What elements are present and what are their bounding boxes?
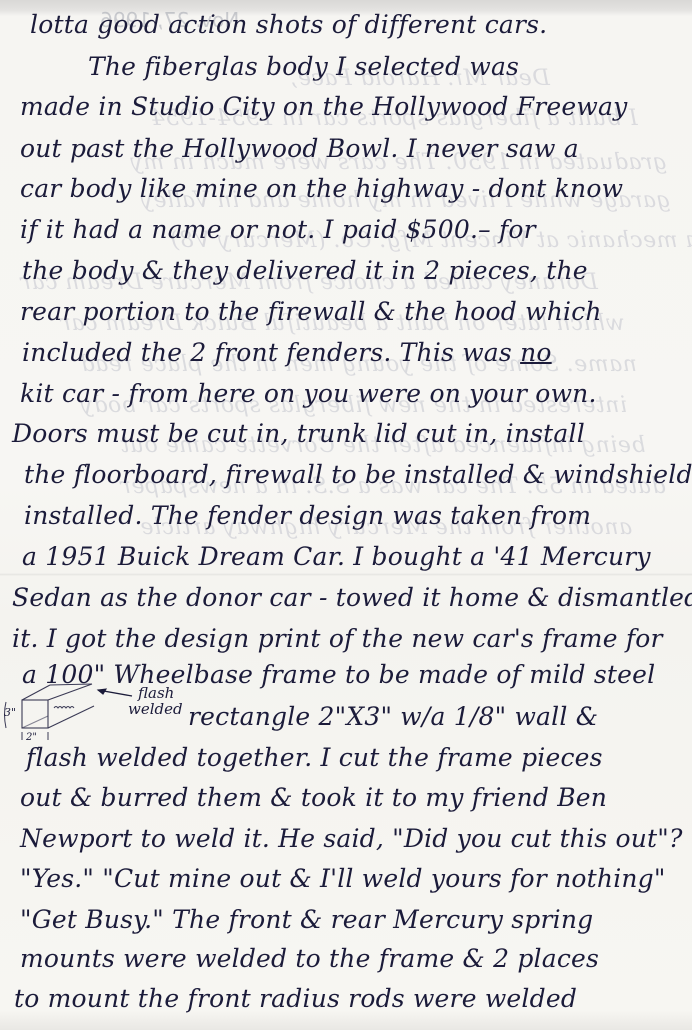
text-line-4: out past the Hollywood Bowl. I never saw… [20, 134, 579, 164]
text-line-10: kit car - from here on you were on your … [20, 379, 597, 409]
text-line-12: the floorboard, firewall to be installed… [24, 460, 692, 490]
text-line-18: rectangle 2"X3" w/a 1/8" wall & [188, 702, 598, 732]
text-line-2: The fiberglas body I selected was [88, 52, 519, 82]
text-line-21: Newport to weld it. He said, "Did you cu… [20, 824, 683, 854]
letter-page: Nov. 27, 1996 Dear Mr. Harold Pace, I bu… [0, 0, 692, 1030]
text-line-9: included the 2 front fenders. This was n… [22, 338, 552, 368]
sketch-dim-height: 3" [4, 706, 16, 719]
text-line-25: to mount the front radius rods were weld… [14, 984, 577, 1014]
text-line-7: the body & they delivered it in 2 pieces… [22, 256, 588, 286]
text-line-23: "Get Busy." The front & rear Mercury spr… [20, 905, 593, 935]
text-line-14: a 1951 Buick Dream Car. I bought a '41 M… [22, 542, 651, 572]
text-line-19: flash welded together. I cut the frame p… [26, 743, 603, 773]
text-line-22: "Yes." "Cut mine out & I'll weld yours f… [20, 864, 666, 894]
sketch-dim-width: 2" [26, 732, 37, 743]
text-line-1: lotta good action shots of different car… [30, 10, 547, 40]
text-line-24: mounts were welded to the frame & 2 plac… [20, 944, 599, 974]
text-line-11: Doors must be cut in, trunk lid cut in, … [12, 419, 585, 449]
text-line-6: if it had a name or not. I paid $500.– f… [20, 215, 536, 245]
underlined-word-no: no [520, 338, 552, 367]
text-line-15: Sedan as the donor car - towed it home &… [12, 583, 692, 613]
text-line-5: car body like mine on the highway - dont… [20, 174, 623, 204]
text-line-20: out & burred them & took it to my friend… [20, 783, 607, 813]
paper-fold-crease [0, 573, 692, 576]
steel-tube-sketch: 3" 2" flash welded [2, 680, 162, 746]
text-line-13: installed. The fender design was taken f… [24, 501, 591, 531]
text-line-16: it. I got the design print of the new ca… [12, 624, 663, 654]
text-line-3: made in Studio City on the Hollywood Fre… [20, 92, 627, 122]
sketch-callout-welded: welded [128, 700, 183, 718]
text-line-9-main: included the 2 front fenders. This was [22, 338, 512, 367]
text-line-8: rear portion to the firewall & the hood … [20, 297, 602, 327]
